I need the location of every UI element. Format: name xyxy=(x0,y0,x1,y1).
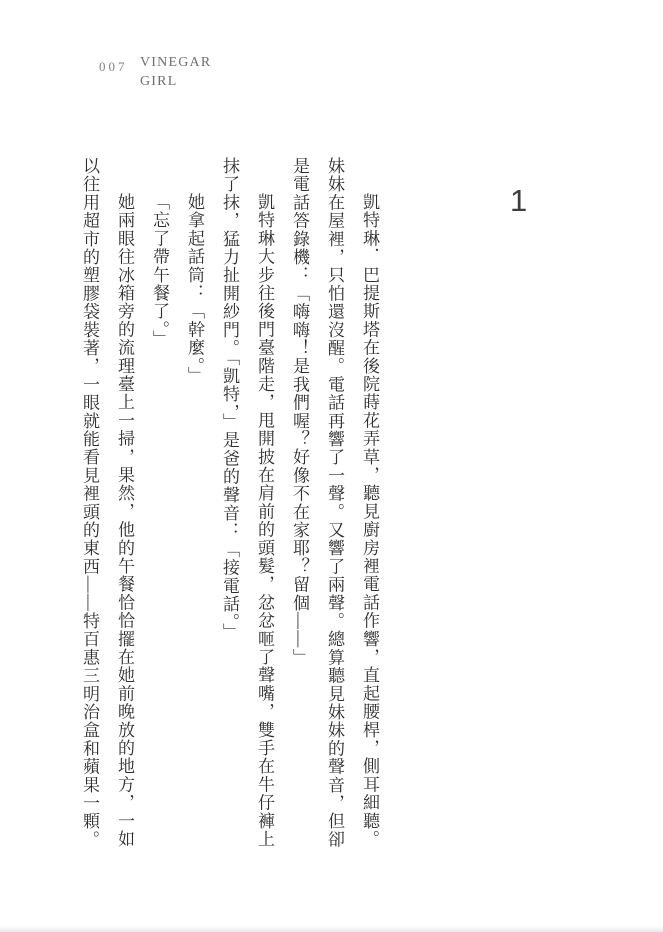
page-bottom-edge xyxy=(0,926,663,932)
book-page: 007 VINEGAR GIRL 1 凱特琳．巴提斯塔在後院蒔花弄草，聽見廚房裡… xyxy=(0,0,663,932)
chapter-number: 1 xyxy=(510,183,527,219)
text-column: 凱特琳大步往後門臺階走，甩開披在肩前的頭髮，忿忿咂了聲嘴，雙手在牛仔褲上 xyxy=(247,157,282,849)
page-number: 007 xyxy=(99,59,128,75)
text-column: 是電話答錄機：「嗨嗨！是我們喔？好像不在家耶？留個——」 xyxy=(282,157,317,849)
text-column: 她拿起話筒：「幹麼。」 xyxy=(177,157,212,849)
text-column: 妹妹在屋裡，只怕還沒醒。電話再響了一聲。又響了兩聲。總算聽見妹妹的聲音，但卻 xyxy=(317,157,352,849)
text-column: 凱特琳．巴提斯塔在後院蒔花弄草，聽見廚房裡電話作響，直起腰桿，側耳細聽。 xyxy=(352,157,387,849)
text-column: 她兩眼往冰箱旁的流理臺上一掃，果然，他的午餐恰恰擺在她前晚放的地方，一如 xyxy=(107,157,142,849)
book-title: VINEGAR GIRL xyxy=(140,53,211,91)
body-text: 凱特琳．巴提斯塔在後院蒔花弄草，聽見廚房裡電話作響，直起腰桿，側耳細聽。妹妹在屋… xyxy=(72,157,387,849)
book-title-line2: GIRL xyxy=(140,72,211,91)
text-column: 抹了抹，猛力扯開紗門。「凱特，」是爸的聲音：「接電話。」 xyxy=(212,157,247,849)
text-column: 「忘了帶午餐了。」 xyxy=(142,157,177,849)
book-title-line1: VINEGAR xyxy=(140,53,211,72)
text-column: 以往用超市的塑膠袋裝著，一眼就能看見裡頭的東西——特百惠三明治盒和蘋果一顆。 xyxy=(72,157,107,849)
